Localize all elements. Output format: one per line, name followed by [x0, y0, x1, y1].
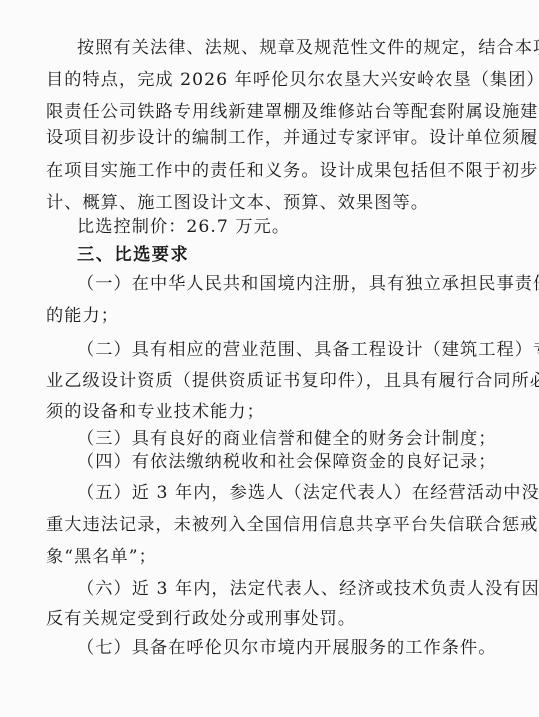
req-4-line-1: （四）有依法缴纳税收和社会保障资金的良好记录；: [77, 451, 467, 473]
req-5-line-3: 象“黑名单”；: [46, 546, 466, 568]
req-1-line-2: 的能力；: [46, 305, 466, 327]
req-2-line-2: 业乙级设计资质（提供资质证书复印件），且具有履行合同所必: [46, 370, 466, 392]
intro-line-2: 目的特点，完成 2026 年呼伦贝尔农垦大兴安岭农垦（集团）有: [46, 69, 466, 91]
section-heading: 三、比选要求: [77, 244, 467, 266]
req-2-line-1: （二）具有相应的营业范围、具备工程设计（建筑工程）专: [77, 339, 467, 361]
req-7-line-1: （七）具备在呼伦贝尔市境内开展服务的工作条件。: [77, 637, 467, 659]
req-6-line-1: （六）近 3 年内，法定代表人、经济或技术负责人没有因违: [77, 578, 467, 600]
req-3-line-1: （三）具有良好的商业信誉和健全的财务会计制度；: [77, 428, 467, 450]
intro-line-1: 按照有关法律、法规、规章及规范性文件的规定，结合本项: [77, 37, 467, 59]
req-5-line-2: 重大违法记录，未被列入全国信用信息共享平台失信联合惩戒对: [46, 514, 466, 536]
req-6-line-2: 反有关规定受到行政处分或刑事处罚。: [46, 608, 466, 630]
req-2-line-3: 须的设备和专业技术能力；: [46, 401, 466, 423]
intro-line-5: 在项目实施工作中的责任和义务。设计成果包括但不限于初步设: [46, 160, 466, 182]
control-price: 比选控制价：26.7 万元。: [77, 216, 467, 238]
intro-line-6: 计、概算、施工图设计文本、预算、效果图等。: [46, 192, 466, 214]
intro-line-3: 限责任公司铁路专用线新建罩棚及维修站台等配套附属设施建: [46, 101, 466, 123]
document-page: 按照有关法律、法规、规章及规范性文件的规定，结合本项 目的特点，完成 2026 …: [0, 0, 539, 717]
intro-line-4: 设项目初步设计的编制工作，并通过专家评审。设计单位须履行: [46, 127, 466, 149]
req-5-line-1: （五）近 3 年内，参选人（法定代表人）在经营活动中没有: [77, 482, 467, 504]
req-1-line-1: （一）在中华人民共和国境内注册，具有独立承担民事责任: [77, 273, 467, 295]
